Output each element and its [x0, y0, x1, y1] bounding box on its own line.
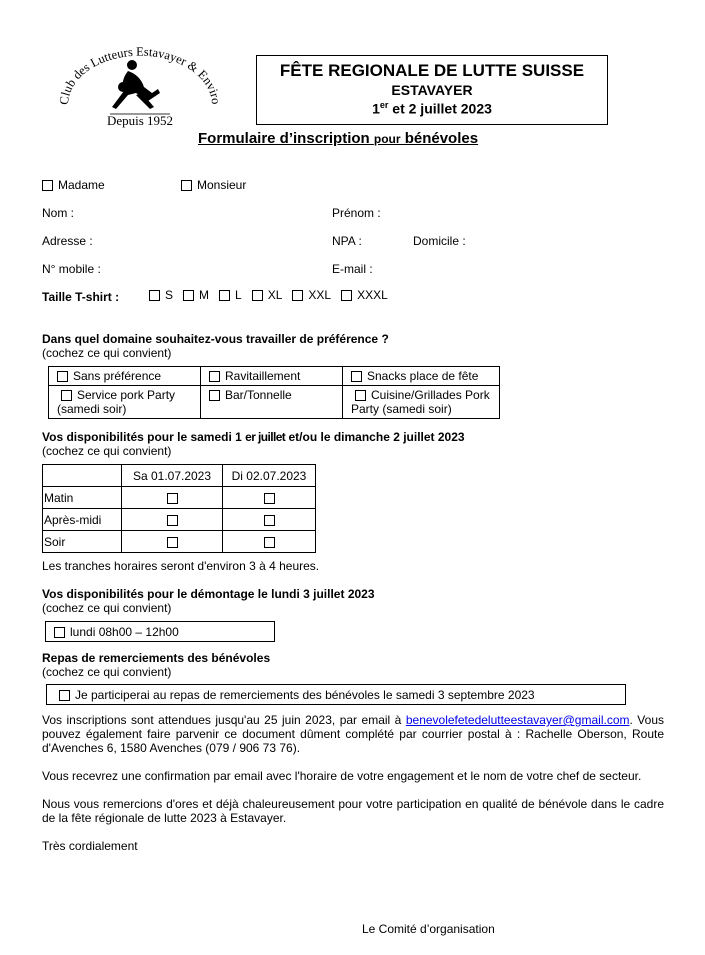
- di-matin-checkbox[interactable]: [264, 493, 275, 504]
- domain-option-cuisine-grillades[interactable]: Cuisine/Grillades Pork Party (samedi soi…: [343, 386, 500, 419]
- dismantle-option[interactable]: lundi 08h00 – 12h00: [45, 621, 275, 642]
- domain-option-bar-tonnelle[interactable]: Bar/Tonnelle: [201, 386, 343, 419]
- dinner-title: Repas de remerciements des bénévoles: [42, 651, 270, 665]
- domain-question: Dans quel domaine souhaitez-vous travail…: [42, 332, 389, 346]
- row-apres-midi: Après-midi: [43, 509, 122, 531]
- tshirt-label: Taille T-shirt :: [42, 290, 119, 304]
- availability-note: Les tranches horaires seront d'environ 3…: [42, 559, 319, 573]
- madame-option[interactable]: Madame: [42, 178, 105, 192]
- dismantle-hint: (cochez ce qui convient): [42, 601, 171, 615]
- form-title: Formulaire d’inscription pour bénévoles: [198, 130, 478, 147]
- event-title-box: FÊTE REGIONALE DE LUTTE SUISSE ESTAVAYER…: [256, 55, 608, 125]
- dinner-hint: (cochez ce qui convient): [42, 665, 171, 679]
- row-soir: Soir: [43, 531, 122, 553]
- domain-table: Sans préférence Ravitaillement Snacks pl…: [48, 366, 500, 419]
- size-xxxl-option[interactable]: XXXL: [341, 288, 388, 302]
- domain-option-service-pork-party[interactable]: Service pork Party (samedi soir): [49, 386, 201, 419]
- size-m-option[interactable]: M: [183, 288, 209, 302]
- event-title: FÊTE REGIONALE DE LUTTE SUISSE: [257, 61, 607, 81]
- size-xl-option[interactable]: XL: [252, 288, 283, 302]
- closing: Très cordialement: [42, 839, 138, 853]
- signature: Le Comité d’organisation: [362, 922, 495, 936]
- adresse-field[interactable]: Adresse :: [42, 234, 93, 248]
- info-paragraph-thanks: Nous vous remercions d'ores et déjà chal…: [42, 797, 664, 825]
- logo-since: Depuis 1952: [107, 113, 173, 128]
- info-paragraph-confirmation: Vous recevrez une confirmation par email…: [42, 769, 682, 783]
- dismantle-checkbox[interactable]: [54, 627, 65, 638]
- domicile-field[interactable]: Domicile :: [413, 234, 466, 248]
- size-s-option[interactable]: S: [149, 288, 173, 302]
- size-l-option[interactable]: L: [219, 288, 242, 302]
- domain-option-ravitaillement[interactable]: Ravitaillement: [201, 367, 343, 386]
- email-field[interactable]: E-mail :: [332, 262, 373, 276]
- sa-matin-checkbox[interactable]: [167, 493, 178, 504]
- domain-option-sans-preference[interactable]: Sans préférence: [49, 367, 201, 386]
- col-sunday: Di 02.07.2023: [223, 465, 316, 487]
- event-location: ESTAVAYER: [257, 82, 607, 98]
- npa-field[interactable]: NPA :: [332, 234, 362, 248]
- nom-field[interactable]: Nom :: [42, 206, 74, 220]
- club-logo: Club des Lutteurs Estavayer & Environs D…: [40, 35, 240, 135]
- availability-hint: (cochez ce qui convient): [42, 444, 171, 458]
- prenom-field[interactable]: Prénom :: [332, 206, 381, 220]
- dismantle-title: Vos disponibilités pour le démontage le …: [42, 587, 375, 601]
- email-link[interactable]: benevolefetedelutteestavayer@gmail.com: [406, 713, 630, 727]
- di-apres-midi-checkbox[interactable]: [264, 515, 275, 526]
- monsieur-option[interactable]: Monsieur: [181, 178, 246, 192]
- domain-hint: (cochez ce qui convient): [42, 346, 171, 360]
- monsieur-checkbox[interactable]: [181, 180, 192, 191]
- svg-text:Club des Lutteurs Estavayer &: Club des Lutteurs Estavayer & Environs: [40, 35, 223, 105]
- sa-soir-checkbox[interactable]: [167, 537, 178, 548]
- info-paragraph-deadline: Vos inscriptions sont attendues jusqu'au…: [42, 713, 664, 755]
- mobile-field[interactable]: N° mobile :: [42, 262, 101, 276]
- event-dates: 1er et 2 juillet 2023: [257, 100, 607, 117]
- di-soir-checkbox[interactable]: [264, 537, 275, 548]
- dinner-option[interactable]: Je participerai au repas de remerciement…: [46, 684, 626, 705]
- domain-option-snacks[interactable]: Snacks place de fête: [343, 367, 500, 386]
- col-saturday: Sa 01.07.2023: [122, 465, 223, 487]
- dinner-checkbox[interactable]: [59, 690, 70, 701]
- madame-checkbox[interactable]: [42, 180, 53, 191]
- row-matin: Matin: [43, 487, 122, 509]
- wrestlers-icon: [110, 60, 170, 115]
- size-xxl-option[interactable]: XXL: [292, 288, 331, 302]
- sa-apres-midi-checkbox[interactable]: [167, 515, 178, 526]
- logo-arc-text: Club des Lutteurs Estavayer & Environs: [40, 35, 223, 105]
- availability-title: Vos disponibilités pour le samedi 1 er j…: [42, 430, 465, 444]
- tshirt-sizes: S M L XL XXL XXXL: [149, 288, 388, 302]
- availability-table: Sa 01.07.2023 Di 02.07.2023 Matin Après-…: [42, 464, 316, 553]
